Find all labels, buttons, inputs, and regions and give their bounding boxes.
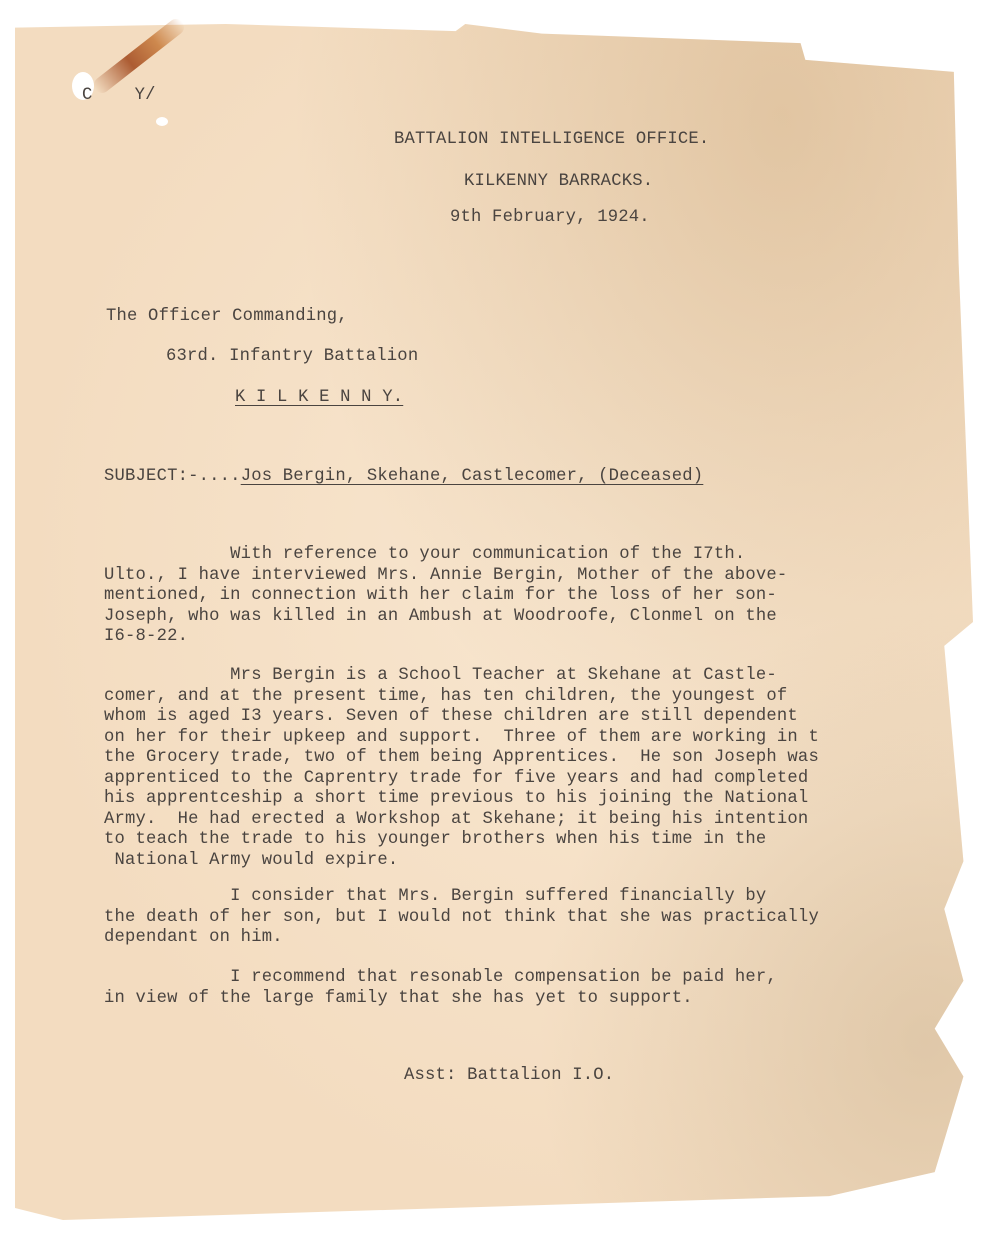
addressee-line-2: 63rd. Infantry Battalion	[166, 347, 418, 366]
addressee-line-1: The Officer Commanding,	[106, 307, 348, 326]
subject-label: SUBJECT:-....	[104, 467, 241, 486]
subject-line: SUBJECT:-....Jos Bergin, Skehane, Castle…	[104, 467, 703, 486]
copy-mark: C Y/	[82, 86, 156, 105]
office-heading: BATTALION INTELLIGENCE OFFICE.	[394, 130, 709, 149]
subject-text: Jos Bergin, Skehane, Castlecomer, (Decea…	[241, 467, 704, 486]
addressee-line-3: K I L K E N N Y.	[235, 388, 403, 407]
paragraph-3: I consider that Mrs. Bergin suffered fin…	[104, 887, 819, 949]
paragraph-2: Mrs Bergin is a School Teacher at Skehan…	[104, 666, 819, 871]
location-heading: KILKENNY BARRACKS.	[464, 172, 653, 191]
punch-hole	[156, 117, 168, 126]
paragraph-4: I recommend that resonable compensation …	[104, 968, 777, 1009]
letter-date: 9th February, 1924.	[450, 208, 650, 227]
paragraph-1: With reference to your communication of …	[104, 545, 787, 648]
signature: Asst: Battalion I.O.	[404, 1066, 614, 1085]
